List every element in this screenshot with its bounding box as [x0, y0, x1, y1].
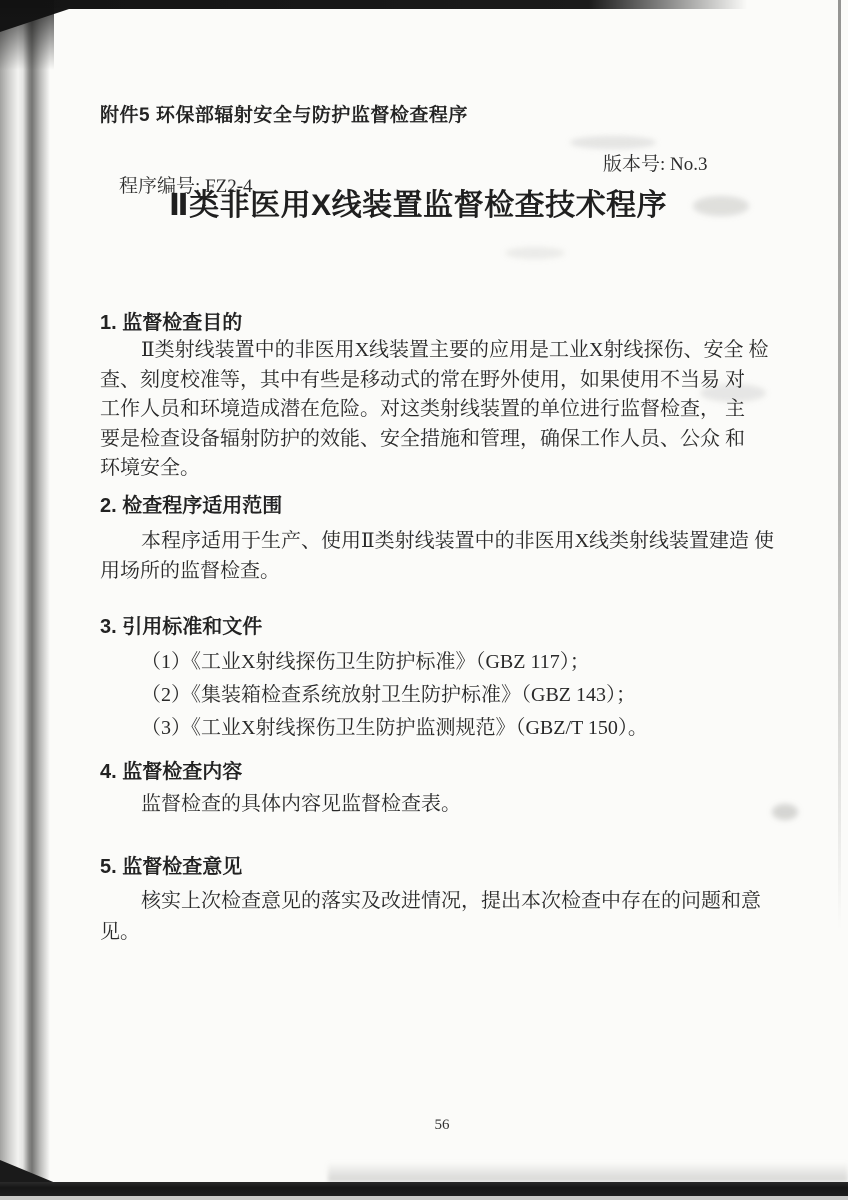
book-binding-shadow — [0, 0, 50, 1200]
section-1-paragraph: Ⅱ类射线装置中的非医用X线装置主要的应用是工业X射线探伤、安全 检 查、刻度校准… — [100, 336, 770, 484]
paragraph-line: Ⅱ类射线装置中的非医用X线装置主要的应用是工业X射线探伤、安全 检 — [100, 336, 770, 366]
scanned-document-page: 附件5 环保部辐射安全与防护监督检查程序 程序编号: FZ2-4 版本号: No… — [0, 0, 848, 1200]
reference-item: （1）《工业X射线探伤卫生防护标准》（GBZ 117）； — [100, 645, 770, 666]
section-4-heading: 4. 监督检查内容 — [100, 755, 770, 784]
paragraph-line: 见。 — [100, 917, 770, 948]
section-5-heading: 5. 监督检查意见 — [100, 850, 770, 879]
page-number: 56 — [108, 1117, 776, 1134]
paragraph-line: 查、刻度校准等，其中有些是移动式的常在野外使用，如果使用不当易 对 — [100, 366, 770, 396]
section-3-heading: 3. 引用标准和文件 — [100, 610, 770, 639]
section-1-heading: 1. 监督检查目的 — [100, 306, 770, 335]
paragraph-line: 本程序适用于生产、使用Ⅱ类射线装置中的非医用X线类射线装置建造 使 — [100, 526, 770, 556]
document-title: Ⅱ类非医用X线装置监督检查技术程序 — [84, 180, 752, 224]
reference-list: （1）《工业X射线探伤卫生防护标准》（GBZ 117）； （2）《集装箱检查系统… — [100, 645, 770, 744]
attachment-heading: 附件5 环保部辐射安全与防护监督检查程序 — [100, 100, 770, 127]
paragraph-line: 要是检查设备辐射防护的效能、安全措施和管理，确保工作人员、公众 和 — [100, 425, 770, 455]
scan-corner-bottom-left — [0, 1160, 58, 1184]
scan-smudge — [772, 804, 798, 820]
scan-smudge — [570, 136, 656, 149]
scan-edge-bottom — [0, 1182, 848, 1196]
section-2-heading: 2. 检查程序适用范围 — [100, 489, 770, 518]
reference-item: （3）《工业X射线探伤卫生防护监测规范》（GBZ/T 150）。 — [100, 711, 770, 732]
scan-smudge — [505, 247, 565, 259]
scan-edge-bottom-strip — [0, 1196, 848, 1200]
scan-edge-top — [0, 0, 755, 9]
paragraph-line: 监督检查的具体内容见监督检查表。 — [100, 787, 770, 816]
paragraph-line: 工作人员和环境造成潜在危险。对这类射线装置的单位进行监督检查， 主 — [100, 395, 770, 425]
section-2-paragraph: 本程序适用于生产、使用Ⅱ类射线装置中的非医用X线类射线装置建造 使 用场所的监督… — [100, 526, 770, 586]
page-edge-line — [838, 0, 841, 930]
reference-item: （2）《集装箱检查系统放射卫生防护标准》（GBZ 143）； — [100, 678, 770, 699]
section-4-paragraph: 监督检查的具体内容见监督检查表。 — [100, 787, 770, 816]
paragraph-line: 核实上次检查意见的落实及改进情况，提出本次检查中存在的问题和意 — [100, 886, 770, 917]
page-curl-shadow — [328, 1162, 848, 1182]
paragraph-line: 环境安全。 — [100, 454, 770, 484]
section-5-paragraph: 核实上次检查意见的落实及改进情况，提出本次检查中存在的问题和意 见。 — [100, 886, 770, 948]
binding-shadow-top — [0, 0, 54, 70]
paragraph-line: 用场所的监督检查。 — [100, 556, 770, 586]
version-number: 版本号: No.3 — [603, 149, 708, 176]
